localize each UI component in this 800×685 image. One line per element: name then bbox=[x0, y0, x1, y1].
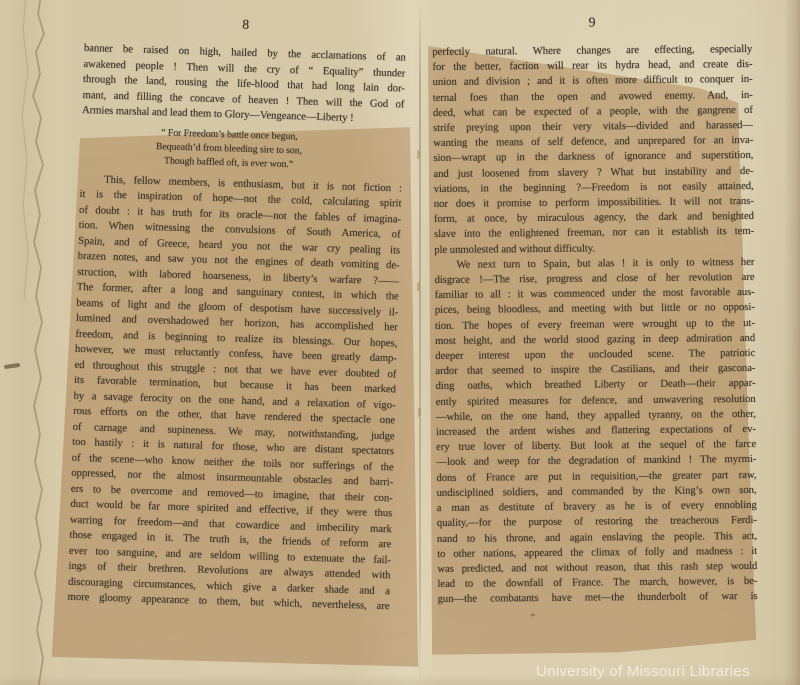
gutter-crease bbox=[419, 0, 421, 685]
open-book-photo: 8 banner be raised on high, hailed by th… bbox=[0, 0, 800, 685]
binding-stitch bbox=[418, 408, 421, 417]
binding-stitch bbox=[417, 282, 420, 291]
text-line: gun—the combatants have met—the thunderb… bbox=[438, 589, 758, 607]
page-9-text: perfectly natural. Where changes are eff… bbox=[432, 42, 757, 608]
binding-stitch bbox=[417, 150, 420, 159]
page-number-right: 9 bbox=[432, 13, 752, 32]
right-page-edge-shadow bbox=[784, 0, 800, 685]
page-number-left: 8 bbox=[85, 12, 407, 38]
library-watermark: University of Missouri Libraries bbox=[536, 663, 750, 680]
signature-mark: * bbox=[530, 611, 536, 623]
text-line: slave into the enlightened freeman, nor … bbox=[434, 224, 754, 242]
page-8-text: banner be raised on high, hailed by the … bbox=[67, 41, 406, 615]
page-9: 9 perfectly natural. Where changes are e… bbox=[432, 13, 758, 608]
page-8: 8 banner be raised on high, hailed by th… bbox=[67, 12, 406, 615]
